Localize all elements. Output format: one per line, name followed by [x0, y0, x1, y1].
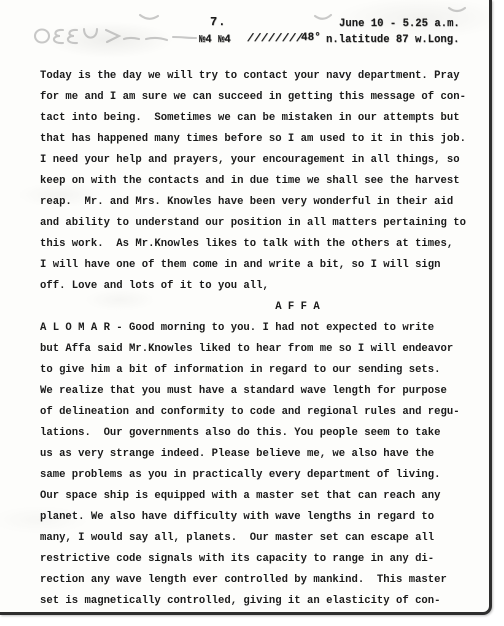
page-number: 7. [210, 15, 226, 29]
letter-line: keep on with the contacts and in due tim… [40, 171, 476, 192]
letter-line: us as very strange indeed. Please believ… [40, 444, 476, 465]
letter-line: Our space ship is equipped with a master… [40, 486, 476, 507]
letter-line: A L O M A R - Good morning to you. I had… [40, 318, 476, 339]
letter-line: set is magnetically controlled, giving i… [40, 591, 476, 612]
header-tally-marks: //////// [246, 33, 304, 45]
letter-line: this work. As Mr.Knowles likes to talk w… [40, 234, 476, 255]
letter-line: but Affa said Mr.Knowles liked to hear f… [40, 339, 476, 360]
letter-line: planet. We also have difficulty with wav… [40, 507, 476, 528]
letter-line: of delineation and conformity to code an… [40, 402, 476, 423]
screenshot-canvas: 7. June 10 - 5.25 a.m. №4 №4 //////// 48… [0, 0, 504, 626]
letter-line: I need your help and prayers, your encou… [40, 150, 476, 171]
letter-line: and ability to understand our position i… [40, 213, 476, 234]
scanned-letter-page: 7. June 10 - 5.25 a.m. №4 №4 //////// 48… [0, 0, 492, 615]
header-coordinates: n.latitude 87 w.Long. [326, 34, 460, 46]
header-date-time: June 10 - 5.25 a.m. [339, 18, 460, 30]
letter-line: rection any wave length ever controlled … [40, 570, 476, 591]
letter-line: We realize that you must have a standard… [40, 381, 476, 402]
letter-line: to give him a bit of information in rega… [40, 360, 476, 381]
letter-line: restrictive code signals with its capaci… [40, 549, 476, 570]
letter-line: tact into being. Sometimes we can be mis… [40, 108, 476, 129]
typewritten-ink-layer: 7. June 10 - 5.25 a.m. №4 №4 //////// 48… [0, 0, 489, 612]
letter-line: reap. Mr. and Mrs. Knowles have been ver… [40, 192, 476, 213]
header-copy-marks: №4 №4 [199, 34, 231, 46]
header-latitude-degrees: 48° [301, 32, 321, 44]
letter-line: I will have one of them come in and writ… [40, 255, 476, 276]
letter-line: that has happened many times before so I… [40, 129, 476, 150]
letter-line: same problems as you in practically ever… [40, 465, 476, 486]
letter-body: Today is the day we will try to contact … [40, 66, 476, 612]
letter-line: many, I would say all, planets. Our mast… [40, 528, 476, 549]
letter-line: A F F A [40, 297, 476, 318]
letter-line: for me and I am sure we can succeed in g… [40, 87, 476, 108]
letter-line: lations. Our governments also do this. Y… [40, 423, 476, 444]
letter-line: off. Love and lots of it to you all, [40, 276, 476, 297]
letter-line: Today is the day we will try to contact … [40, 66, 476, 87]
